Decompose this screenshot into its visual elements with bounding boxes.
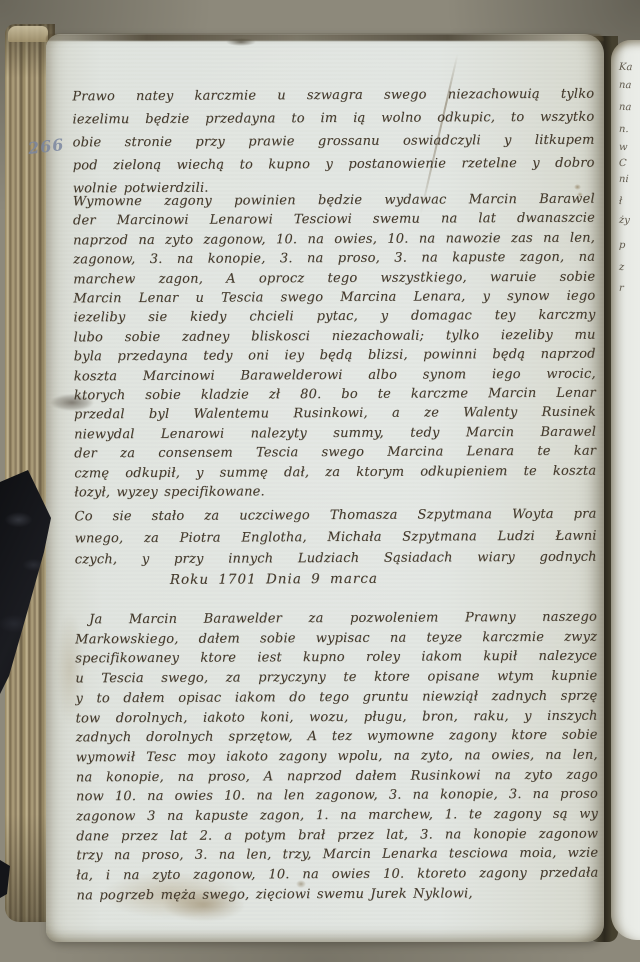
page-top-grime xyxy=(46,34,604,41)
paragraph-4: Ja Marcin Barawelder za pozwoleniem Praw… xyxy=(75,608,599,906)
handwritten-line: Marcin Lenar u Tescia swego Marcina Lena… xyxy=(73,287,595,309)
next-page-edge: Ka na na n. w C ni ł ży p z r xyxy=(611,40,640,940)
handwritten-line: wnego, za Piotra Englotha, Michała Szpyt… xyxy=(75,525,597,549)
handwritten-line: Ja Marcin Barawelder za pozwoleniem Praw… xyxy=(75,608,597,630)
handwritten-line: łozył, wyzey specifikowane. xyxy=(74,481,596,503)
next-page-text-fragment: ł xyxy=(619,196,623,207)
handwritten-line: Markowskiego, dałem sobie wypisac na tey… xyxy=(75,627,597,649)
handwritten-line: iezelimu będzie przedayna to im ią wolno… xyxy=(72,106,594,132)
handwritten-line: Prawo natey karczmie u szwagra swego nie… xyxy=(72,83,594,109)
handwritten-line: zadnych dorolnych sprzętow, A tez wymown… xyxy=(76,726,598,748)
handwritten-line: zagonow 3 na kapuste zagon, 1. na marche… xyxy=(76,805,598,827)
paragraph-3: Co sie stało za uczciwego Thomasza Szpyt… xyxy=(74,504,596,571)
handwritten-line: wymowił Tesc moy iakoto zagony wpolu, na… xyxy=(76,746,598,768)
next-page-text-fragment: na xyxy=(619,102,632,113)
next-page-text-fragment: ni xyxy=(619,174,629,185)
handwritten-line: zagonow, 3. na konopie, 3. na proso, 3. … xyxy=(73,248,595,270)
handwritten-line: tow dorolnych, iakoto koni, wozu, pługu,… xyxy=(76,706,598,728)
date-line: Roku 1701 Dnia 9 marca xyxy=(170,571,378,588)
handwritten-line: ktorych sobie kladzie zł 80. bo te karcz… xyxy=(74,384,596,406)
paragraph-2: Wymowne zagony powinien będzie wydawac M… xyxy=(73,190,597,503)
next-page-text-fragment: C xyxy=(619,158,627,169)
handwritten-line: specifikowaney ktore iest kupno roley ia… xyxy=(75,647,597,669)
handwritten-line: iezeliby sie kiedy chcieli pytac, y doma… xyxy=(73,306,595,328)
handwritten-line: byla przedayna tedy oni iey będą blizsi,… xyxy=(74,345,596,367)
next-page-text-fragment: z xyxy=(619,262,625,273)
next-page-text-fragment: na xyxy=(619,80,632,91)
handwritten-line: y to dałem opisac iakom do tego gruntu n… xyxy=(75,686,597,708)
handwritten-line: dane przez lat 2. a potym brał przez lat… xyxy=(76,824,598,846)
handwritten-line: koszta Marcinowi Barawelderowi albo syno… xyxy=(74,364,596,386)
handwritten-line: der za consensem Tescia swego Marcina Le… xyxy=(74,442,596,464)
handwritten-line: niewydal Lenarowi nalezyty summy, tedy M… xyxy=(74,423,596,445)
handwritten-line: Co sie stało za uczciwego Thomasza Szpyt… xyxy=(74,504,596,528)
handwritten-line: lubo sobie zadney bliskosci niezachowali… xyxy=(74,325,596,347)
handwritten-line: na konopie, na proso, A naprzod dałem Ru… xyxy=(76,765,598,787)
handwritten-line: u Tescia swego, za przyczyny te ktore op… xyxy=(75,667,597,689)
handwritten-line: naprzod na zyto zagonow, 10. na owies, 1… xyxy=(73,228,595,250)
manuscript-photo: Ka na na n. w C ni ł ży p z r Prawo nate… xyxy=(0,0,640,962)
handwritten-line: ła, i na zyto zagonow, 10. na owies 10. … xyxy=(76,864,598,886)
next-page-text-fragment: p xyxy=(619,240,626,251)
next-page-text-fragment: w xyxy=(619,142,628,153)
manuscript-page: Prawo natey karczmie u szwagra swego nie… xyxy=(46,34,604,942)
paragraph-1: Prawo natey karczmie u szwagra swego nie… xyxy=(72,83,595,201)
handwritten-line: obie stronie przy prawie grossanu oswiad… xyxy=(73,129,595,155)
handwritten-line: marchew zagon, A oprocz tego wszystkiego… xyxy=(73,267,595,289)
handwritten-line: pod zieloną wiechą to kupno y postanowie… xyxy=(73,152,595,178)
next-page-text-fragment: ży xyxy=(619,215,630,226)
handwritten-line: Wymowne zagony powinien będzie wydawac M… xyxy=(73,190,595,212)
next-page-text-fragment: r xyxy=(619,283,624,294)
handwritten-line: now 10. na owies 10. na len zagonow, 3. … xyxy=(76,785,598,807)
handwritten-line: czych, y przy innych Ludziach Sąsiadach … xyxy=(75,547,597,571)
handwritten-line: der Marcinowi Lenarowi Tesciowi swemu na… xyxy=(73,209,595,231)
handwritten-line: na pogrzeb męża swego, zięciowi swemu Ju… xyxy=(76,883,598,905)
next-page-text-fragment: Ka xyxy=(619,62,633,73)
handwritten-line: przedal byl Walentemu Rusinkowi, a ze Wa… xyxy=(74,403,596,425)
handwritten-line: trzy na proso, 3. na len, trzy, Marcin L… xyxy=(76,844,598,866)
page-corner-curl xyxy=(8,26,48,42)
handwritten-line: czmę odkupił, y summę dał, za ktorym odk… xyxy=(74,461,596,483)
next-page-text-fragment: n. xyxy=(619,124,629,135)
